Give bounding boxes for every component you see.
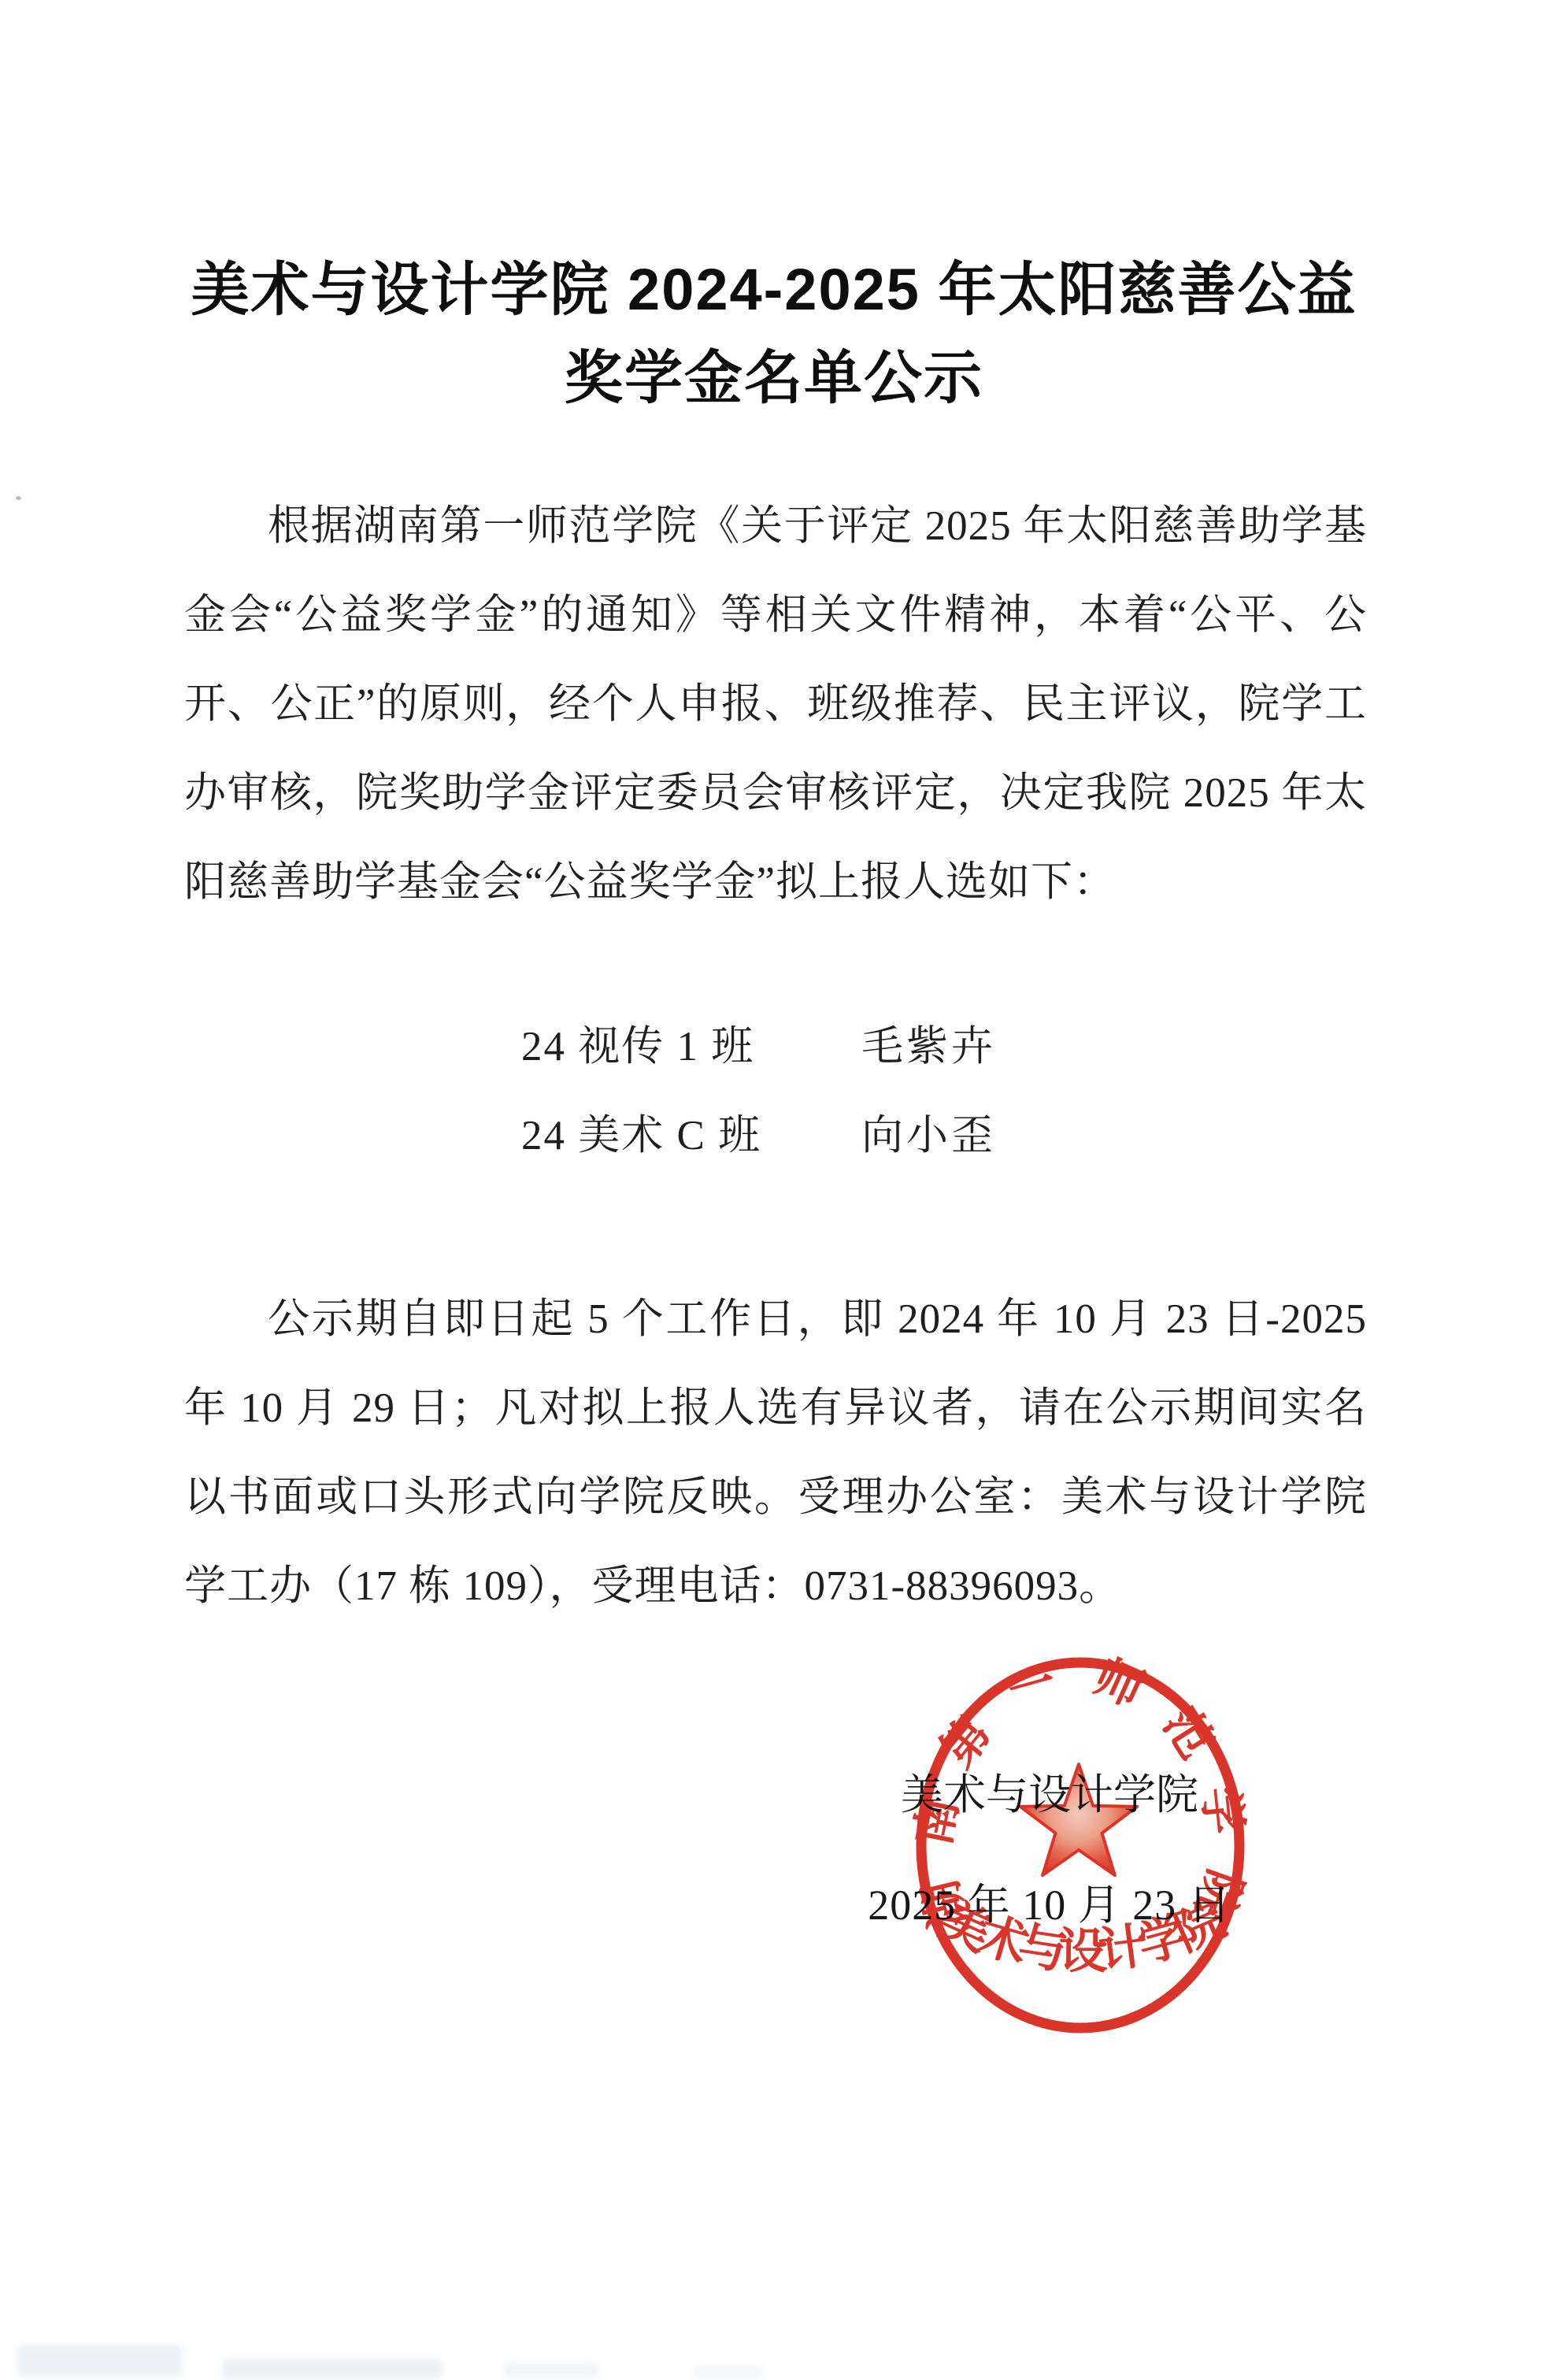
scan-smudge	[504, 2363, 598, 2378]
announcement-document: 美术与设计学院 2024-2025 年太阳慈善公益 奖学金名单公示 根据湖南第一…	[0, 0, 1548, 2380]
scan-smudge	[17, 2345, 183, 2377]
scan-smudge	[693, 2366, 764, 2378]
scan-smudge	[222, 2359, 443, 2379]
seal-bottom-text: 美术与设计学院	[932, 1893, 1234, 1979]
nominee-name: 向小歪	[861, 1092, 996, 1181]
scan-speck	[16, 496, 21, 500]
seal-graphic: 湖南第一师范学院 美术与设计学院	[890, 1638, 1283, 2079]
nominee-row: 24 视传 1 班毛紫卉	[184, 1003, 1367, 1092]
page-title-line-1: 美术与设计学院 2024-2025 年太阳慈善公益	[0, 246, 1548, 334]
page-title: 美术与设计学院 2024-2025 年太阳慈善公益 奖学金名单公示	[0, 246, 1548, 422]
page-title-line-2: 奖学金名单公示	[0, 334, 1548, 422]
nominee-row: 24 美术 C 班向小歪	[184, 1092, 1367, 1181]
paragraph-publicity-period: 公示期自即日起 5 个工作日，即 2024 年 10 月 23 日-2025 年…	[184, 1275, 1367, 1631]
nominee-name: 毛紫卉	[861, 1003, 996, 1092]
nominee-class: 24 美术 C 班	[521, 1092, 861, 1181]
nominee-class: 24 视传 1 班	[521, 1003, 861, 1092]
document-body: 根据湖南第一师范学院《关于评定 2025 年太阳慈善助学基金会“公益奖学金”的通…	[184, 482, 1367, 1631]
nominee-list: 24 视传 1 班毛紫卉 24 美术 C 班向小歪	[184, 1003, 1367, 1181]
seal-star-icon	[1020, 1764, 1137, 1875]
official-seal: 湖南第一师范学院 美术与设计学院	[890, 1638, 1283, 2079]
paragraph-basis: 根据湖南第一师范学院《关于评定 2025 年太阳慈善助学基金会“公益奖学金”的通…	[184, 482, 1367, 927]
